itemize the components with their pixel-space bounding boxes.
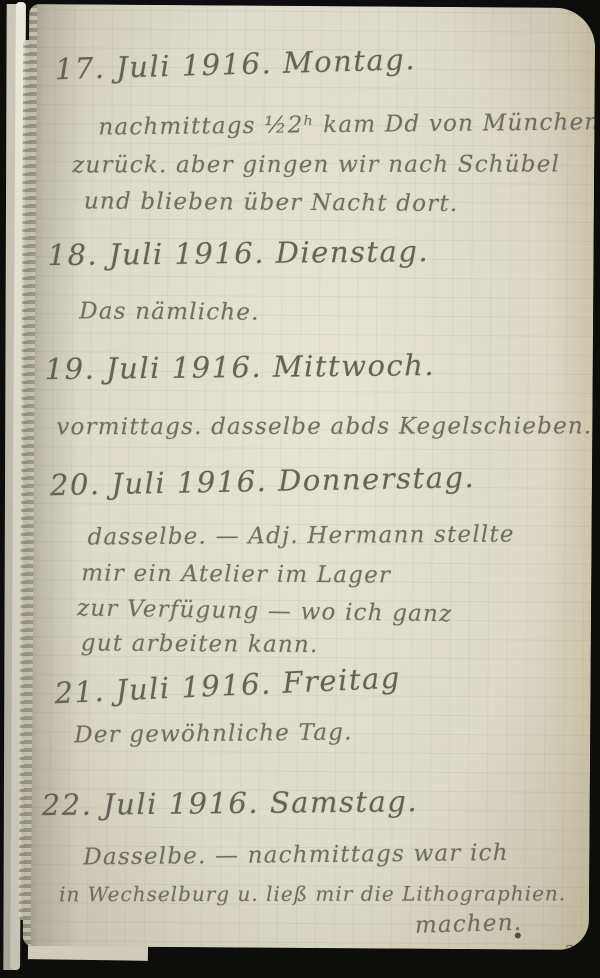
scanner-background: { "diary": { "page_number": "33.", "entr… (0, 0, 600, 978)
ink-dot (515, 932, 521, 938)
entry-line: dasselbe. — Adj. Hermann stellte (87, 521, 514, 550)
entry-date: 22. Juli 1916. Samstag. (42, 784, 419, 822)
entry-line: gut arbeiten kann. (81, 630, 319, 658)
entry-date: 19. Juli 1916. Mittwoch. (45, 348, 436, 386)
entry-line: zurück. aber gingen wir nach Schübel (72, 151, 560, 178)
entry-line: und blieben über Nacht dort. (84, 188, 459, 217)
entry-line: mir ein Atelier im Lager (81, 560, 391, 588)
entry-date: 18. Juli 1916. Dienstag. (47, 234, 429, 272)
entry-line: Dasselbe. — nachmittags war ich (83, 840, 509, 870)
notebook-page: 17. Juli 1916. Montag. nachmittags ½2ʰ k… (23, 4, 596, 950)
entry-line: Das nämliche. (79, 298, 260, 325)
entry-line: in Wechselburg u. ließ mir die Lithograp… (59, 881, 566, 906)
entry-line: machen. (415, 910, 523, 939)
entry-line: vormittags. dasselbe abds Kegelschieben. (56, 413, 592, 440)
entry-line: nachmittags ½2ʰ kam Dd von München (98, 109, 595, 140)
page-number: 33. (564, 942, 590, 950)
entry-line: Der gewöhnliche Tag. (74, 719, 353, 748)
